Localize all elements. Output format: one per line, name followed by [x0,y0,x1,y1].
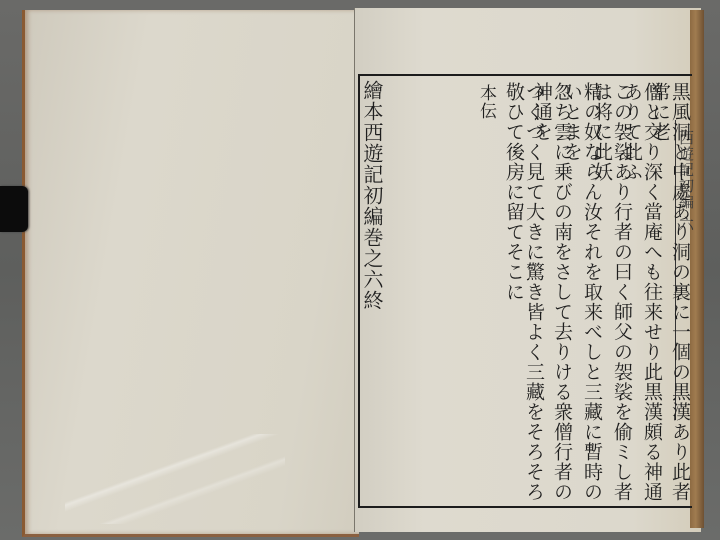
text-column-6: つくづく見て大きに驚き皆よく三藏をそろそろ敬ひて後房に留てそこに [504,82,544,502]
paper-crease [65,434,285,524]
bookmark-tab [0,186,28,232]
seal-mark: 本伝 [476,84,496,144]
left-page-blank [22,10,359,537]
volume-end-title: 繪本西遊記初編巻之六終 [362,80,382,320]
